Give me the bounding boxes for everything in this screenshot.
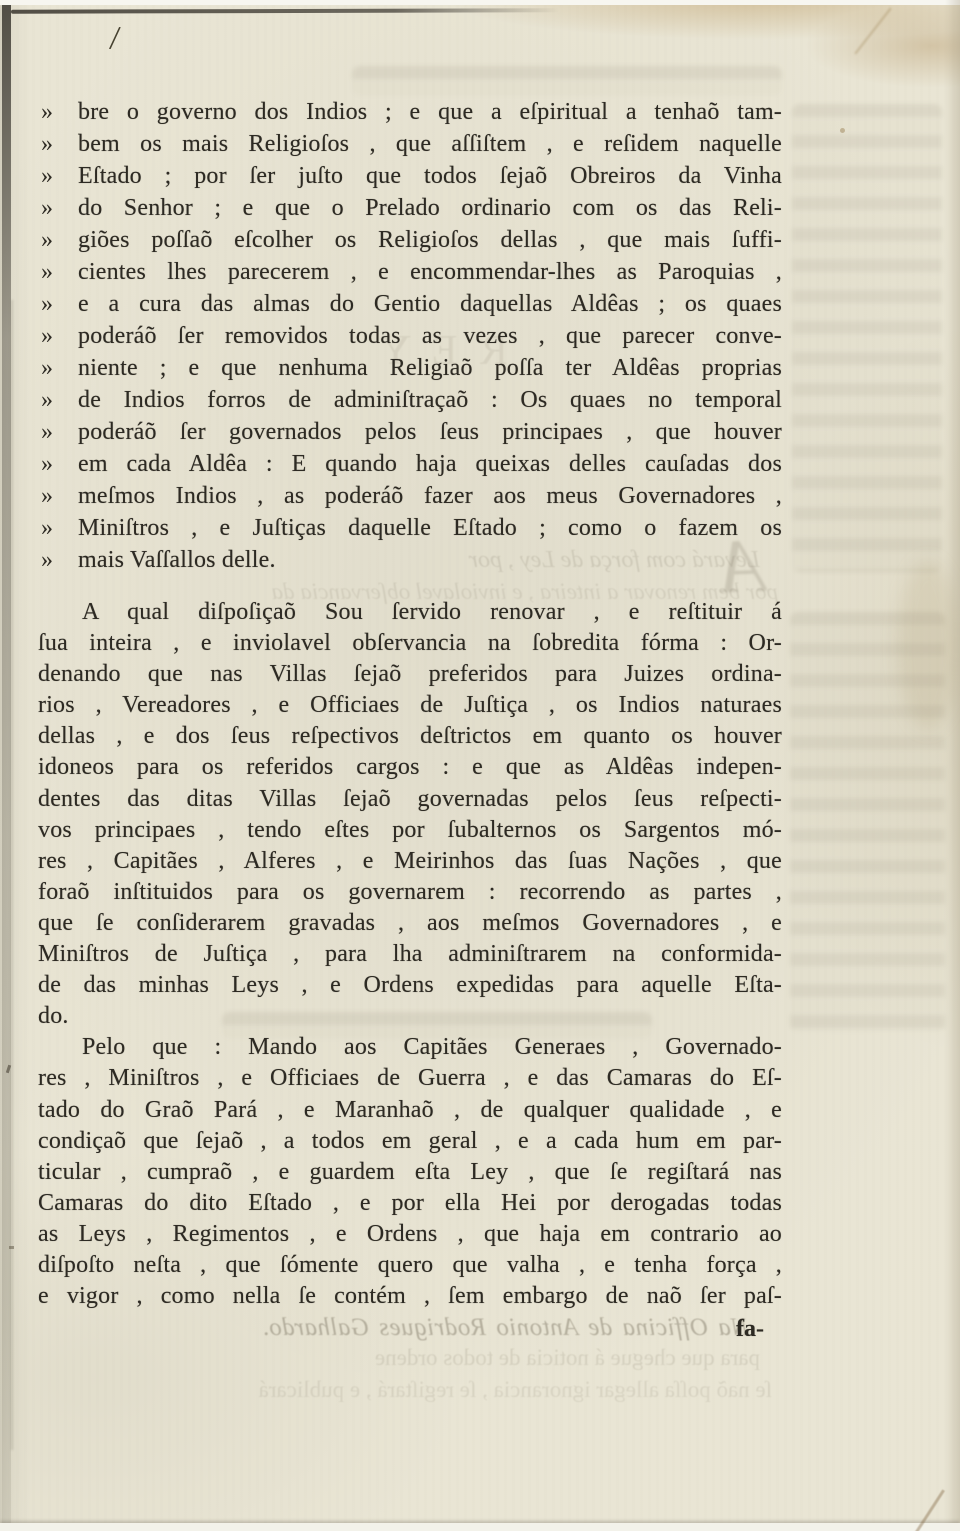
text-line: ticular , cumpraõ , e guardem eſta Ley ,… bbox=[38, 1157, 782, 1188]
text-line: »giões poſſaõ eſcolher os Religioſos del… bbox=[38, 224, 782, 256]
text-line: de das minhas Leys , e Ordens expedidas … bbox=[38, 970, 782, 1001]
text-line: diſpoſto neſta , que ſómente quero que v… bbox=[38, 1250, 782, 1281]
line-text: que ſe conſiderarem gravadas , aos meſmo… bbox=[38, 910, 782, 936]
line-text: res , Capitães , Alferes , e Meirinhos d… bbox=[38, 848, 782, 874]
quote-marker: » bbox=[41, 160, 53, 192]
text-line: »em cada Aldêa : E quando haja queixas d… bbox=[38, 448, 782, 480]
line-text: bem os mais Religioſos , que aſſiſtem , … bbox=[78, 131, 782, 157]
text-line: »mais Vaſſallos delle. bbox=[38, 544, 782, 576]
showthrough-smudge bbox=[790, 612, 945, 1032]
scanned-document-page: R E Y A Levará com força de Ley , por po… bbox=[0, 0, 960, 1531]
paper-crease-left bbox=[11, 300, 13, 1450]
ghost-verso-line: ſe naõ poſſa allegar ignorancia , ſe reg… bbox=[40, 1376, 772, 1404]
text-line: ſua inteira , e inviolavel obſervancia n… bbox=[38, 628, 782, 659]
line-text: de Indios forros de adminiſtraçaõ : Os q… bbox=[78, 387, 782, 413]
line-text: dentes das ditas Villas ſejaõ governadas… bbox=[38, 786, 782, 812]
line-text: em cada Aldêa : E quando haja queixas de… bbox=[78, 451, 782, 477]
text-line: »poderáõ ſer removidos todas as vezes , … bbox=[38, 320, 782, 352]
ghost-verso-line: para que chegue á noticia de todos orden… bbox=[60, 1344, 760, 1372]
line-text: e a cura das almas do Gentio daquellas A… bbox=[78, 291, 782, 317]
line-text: Miniſtros , e Juſtiças daquelle Eſtado ;… bbox=[78, 515, 782, 541]
line-text: res , Miniſtros , e Officiaes de Guerra … bbox=[38, 1065, 782, 1091]
text-line: »niente ; e que nenhuma Religiaõ poſſa t… bbox=[38, 352, 782, 384]
text-line: »Miniſtros , e Juſtiças daquelle Eſtado … bbox=[38, 512, 782, 544]
quote-marker: » bbox=[41, 544, 53, 576]
text-line: denando que nas Villas ſejaõ preferidos … bbox=[38, 659, 782, 690]
scan-edge-bottom bbox=[0, 1523, 960, 1531]
line-text: tado do Graõ Pará , e Maranhaõ , de qual… bbox=[38, 1097, 782, 1123]
line-text: Eſtado ; por ſer juſto que todos ſejaõ O… bbox=[78, 163, 782, 189]
quote-marker: » bbox=[41, 416, 53, 448]
text-line: »do Senhor ; e que o Prelado ordinario c… bbox=[38, 192, 782, 224]
body-paragraphs: A qual diſpoſiçaõ Sou ſervido renovar , … bbox=[38, 597, 782, 1312]
quote-marker: » bbox=[41, 480, 53, 512]
text-line: »meſmos Indios , as poderáõ fazer aos me… bbox=[38, 480, 782, 512]
line-text: denando que nas Villas ſejaõ preferidos … bbox=[38, 661, 782, 687]
line-text: idoneos para os referidos cargos : e que… bbox=[38, 754, 782, 780]
quote-marker: » bbox=[41, 224, 53, 256]
text-line: idoneos para os referidos cargos : e que… bbox=[38, 752, 782, 783]
quote-marker: » bbox=[41, 288, 53, 320]
line-text: ticular , cumpraõ , e guardem eſta Ley ,… bbox=[38, 1159, 782, 1185]
text-line: que ſe conſiderarem gravadas , aos meſmo… bbox=[38, 908, 782, 939]
text-line: »poderáõ ſer governados pelos ſeus princ… bbox=[38, 416, 782, 448]
ghost-printer-imprint: Na Officina de Antonio Rodrigues Galhard… bbox=[196, 1313, 748, 1343]
paragraph: A qual diſpoſiçaõ Sou ſervido renovar , … bbox=[38, 597, 782, 1032]
line-text: ſua inteira , e inviolavel obſervancia n… bbox=[38, 630, 782, 656]
quote-marker: » bbox=[41, 128, 53, 160]
text-line: do. bbox=[38, 1001, 782, 1032]
quote-marker: » bbox=[41, 256, 53, 288]
text-line: tado do Graõ Pará , e Maranhaõ , de qual… bbox=[38, 1095, 782, 1126]
quote-marker: » bbox=[41, 352, 53, 384]
line-text: giões poſſaõ eſcolher os Religioſos dell… bbox=[78, 227, 782, 253]
ink-speck bbox=[9, 1246, 14, 1249]
quote-marker: » bbox=[41, 512, 53, 544]
line-text: foraõ inſtituidos para os governarem : r… bbox=[38, 879, 782, 905]
line-text: condiçaõ que ſejaõ , a todos em geral , … bbox=[38, 1128, 782, 1154]
showthrough-smudge bbox=[352, 66, 782, 96]
scan-edge-left bbox=[2, 5, 11, 1525]
text-line: Miniſtros de Juſtiça , para lha adminiſt… bbox=[38, 939, 782, 970]
quote-marker: » bbox=[41, 320, 53, 352]
text-line: rios , Vereadores , e Officiaes de Juſti… bbox=[38, 690, 782, 721]
quote-marker: » bbox=[41, 384, 53, 416]
text-line: »e a cura das almas do Gentio daquellas … bbox=[38, 288, 782, 320]
line-text: rios , Vereadores , e Officiaes de Juſti… bbox=[38, 692, 782, 718]
text-line: »bem os mais Religioſos , que aſſiſtem ,… bbox=[38, 128, 782, 160]
line-text: meſmos Indios , as poderáõ fazer aos meu… bbox=[78, 483, 782, 509]
line-text: Miniſtros de Juſtiça , para lha adminiſt… bbox=[38, 941, 782, 967]
text-line: »bre o governo dos Indios ; e que a eſpi… bbox=[38, 96, 782, 128]
text-line: dentes das ditas Villas ſejaõ governadas… bbox=[38, 784, 782, 815]
quote-marker: » bbox=[41, 192, 53, 224]
quoted-law-passage: »bre o governo dos Indios ; e que a eſpi… bbox=[38, 96, 782, 576]
text-line: »Eſtado ; por ſer juſto que todos ſejaõ … bbox=[38, 160, 782, 192]
scan-edge-top bbox=[0, 0, 960, 5]
quote-marker: » bbox=[41, 448, 53, 480]
text-line: res , Capitães , Alferes , e Meirinhos d… bbox=[38, 846, 782, 877]
line-text: mais Vaſſallos delle. bbox=[78, 547, 276, 573]
text-line: as Leys , Regimentos , e Ordens , que ha… bbox=[38, 1219, 782, 1250]
line-text: niente ; e que nenhuma Religiaõ poſſa te… bbox=[78, 355, 782, 381]
line-text: A qual diſpoſiçaõ Sou ſervido renovar , … bbox=[82, 599, 782, 625]
line-text: dellas , e dos ſeus reſpectivos deſtrict… bbox=[38, 723, 782, 749]
text-line: Camaras do dito Eſtado , e por ella Hei … bbox=[38, 1188, 782, 1219]
line-text: poderáõ ſer governados pelos ſeus princi… bbox=[78, 419, 782, 445]
paragraph: Pelo que : Mando aos Capitães Generaes ,… bbox=[38, 1032, 782, 1312]
line-text: diſpoſto neſta , que ſómente quero que v… bbox=[38, 1252, 782, 1278]
line-text: as Leys , Regimentos , e Ordens , que ha… bbox=[38, 1221, 782, 1247]
text-line: condiçaõ que ſejaõ , a todos em geral , … bbox=[38, 1126, 782, 1157]
scan-edge-top-left-line bbox=[11, 8, 559, 13]
text-line: Pelo que : Mando aos Capitães Generaes ,… bbox=[38, 1032, 782, 1063]
text-line: »de Indios forros de adminiſtraçaõ : Os … bbox=[38, 384, 782, 416]
line-text: Pelo que : Mando aos Capitães Generaes ,… bbox=[82, 1034, 782, 1060]
line-text: poderáõ ſer removidos todas as vezes , q… bbox=[78, 323, 782, 349]
text-line: vos principaes , tendo eſtes por ſubalte… bbox=[38, 815, 782, 846]
text-line: e vigor , como nella ſe contém , ſem emb… bbox=[38, 1281, 782, 1312]
line-text: do. bbox=[38, 1003, 69, 1029]
line-text: bre o governo dos Indios ; e que a eſpir… bbox=[78, 99, 782, 125]
line-text: cientes lhes parecerem , e encommendar-l… bbox=[78, 259, 782, 285]
text-line: »cientes lhes parecerem , e encommendar-… bbox=[38, 256, 782, 288]
line-text: e vigor , como nella ſe contém , ſem emb… bbox=[38, 1283, 782, 1309]
text-line: dellas , e dos ſeus reſpectivos deſtrict… bbox=[38, 721, 782, 752]
line-text: vos principaes , tendo eſtes por ſubalte… bbox=[38, 817, 782, 843]
showthrough-smudge bbox=[792, 104, 942, 572]
line-text: Camaras do dito Eſtado , e por ella Hei … bbox=[38, 1190, 782, 1216]
pen-slash-mark: / bbox=[108, 20, 121, 59]
line-text: de das minhas Leys , e Ordens expedidas … bbox=[38, 972, 782, 998]
text-line: A qual diſpoſiçaõ Sou ſervido renovar , … bbox=[38, 597, 782, 628]
text-line: res , Miniſtros , e Officiaes de Guerra … bbox=[38, 1063, 782, 1094]
catchword: fa- bbox=[736, 1316, 764, 1343]
scan-shade-right bbox=[945, 0, 960, 1531]
paper-crease-top-right bbox=[854, 8, 891, 55]
line-text: do Senhor ; e que o Prelado ordinario co… bbox=[78, 195, 782, 221]
quote-marker: » bbox=[41, 96, 53, 128]
text-line: foraõ inſtituidos para os governarem : r… bbox=[38, 877, 782, 908]
